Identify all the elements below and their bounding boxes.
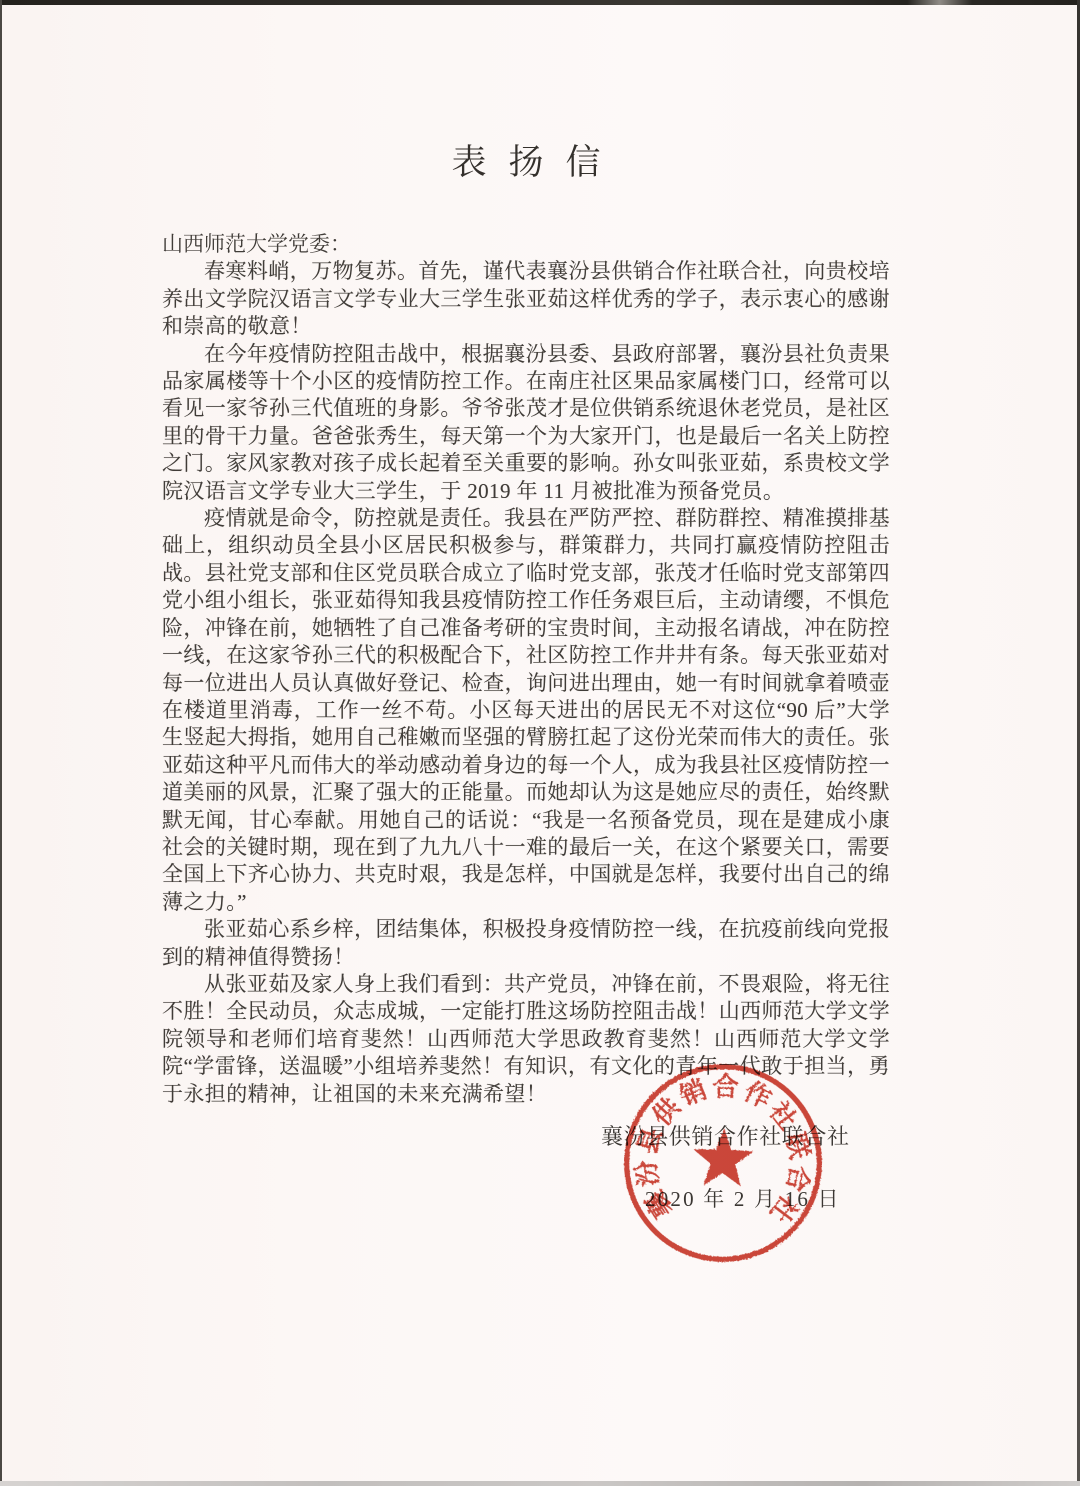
seal-svg: 襄汾县供销合作社联合社 <box>613 1053 832 1272</box>
body-paragraph-1: 春寒料峭，万物复苏。首先，谨代表襄汾县供销合作社联合社，向贵校培养出文学院汉语言… <box>162 258 890 340</box>
red-star-icon <box>692 1127 754 1187</box>
svg-text:合: 合 <box>712 1071 739 1102</box>
svg-text:县: 县 <box>633 1124 668 1157</box>
scan-edge-bottom <box>0 1481 1080 1486</box>
salutation: 山西师范大学党委： <box>162 231 890 258</box>
svg-text:合: 合 <box>781 1163 816 1195</box>
letter-body: 表扬信 山西师范大学党委： 春寒料峭，万物复苏。首先，谨代表襄汾县供销合作社联合… <box>162 0 890 1108</box>
official-seal: 襄汾县供销合作社联合社 <box>613 1053 832 1272</box>
body-paragraph-3: 疫情就是命令，防控就是责任。我县在严防严控、群防群控、精准摸排基础上，组织动员全… <box>162 505 890 916</box>
svg-text:销: 销 <box>676 1074 711 1111</box>
body-paragraph-4: 张亚茹心系乡梓，团结集体，积极投身疫情防控一线，在抗疫前线向党报到的精神值得赞扬… <box>162 916 890 971</box>
scan-edge-left <box>0 0 2 1486</box>
body-paragraph-2: 在今年疫情防控阻击战中，根据襄汾县委、县政府部署，襄汾县社负责果品家属楼等十个小… <box>162 341 890 505</box>
scanned-letter-page: { "document": { "title": "表扬信", "salutat… <box>0 0 1080 1486</box>
svg-text:联: 联 <box>780 1130 814 1162</box>
page-title: 表扬信 <box>162 135 890 185</box>
svg-text:汾: 汾 <box>631 1159 663 1189</box>
